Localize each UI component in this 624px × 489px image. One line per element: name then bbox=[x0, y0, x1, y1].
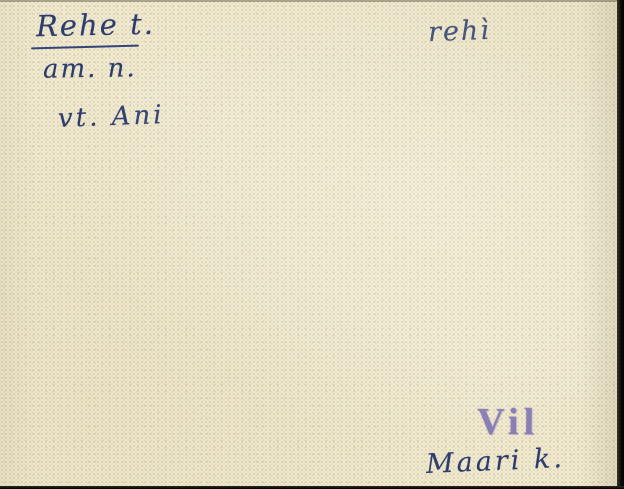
headword-underline bbox=[31, 45, 139, 50]
annotation-line-3: vt. Ani bbox=[58, 100, 165, 134]
headword-text: Rehe t. bbox=[36, 7, 156, 43]
scanned-card-image: Rehe t. am. n. vt. Ani rehì Vil Maari k. bbox=[0, 0, 624, 489]
index-card-paper: Rehe t. am. n. vt. Ani rehì Vil Maari k. bbox=[0, 0, 617, 486]
vil-ink-stamp: Vil bbox=[477, 400, 540, 445]
scan-edge-right bbox=[617, 0, 624, 489]
top-right-note: rehì bbox=[427, 15, 491, 48]
signature-text: Maari k. bbox=[425, 443, 565, 480]
annotation-line-2: am. n. bbox=[43, 53, 137, 84]
scan-edge-top bbox=[0, 0, 624, 2]
